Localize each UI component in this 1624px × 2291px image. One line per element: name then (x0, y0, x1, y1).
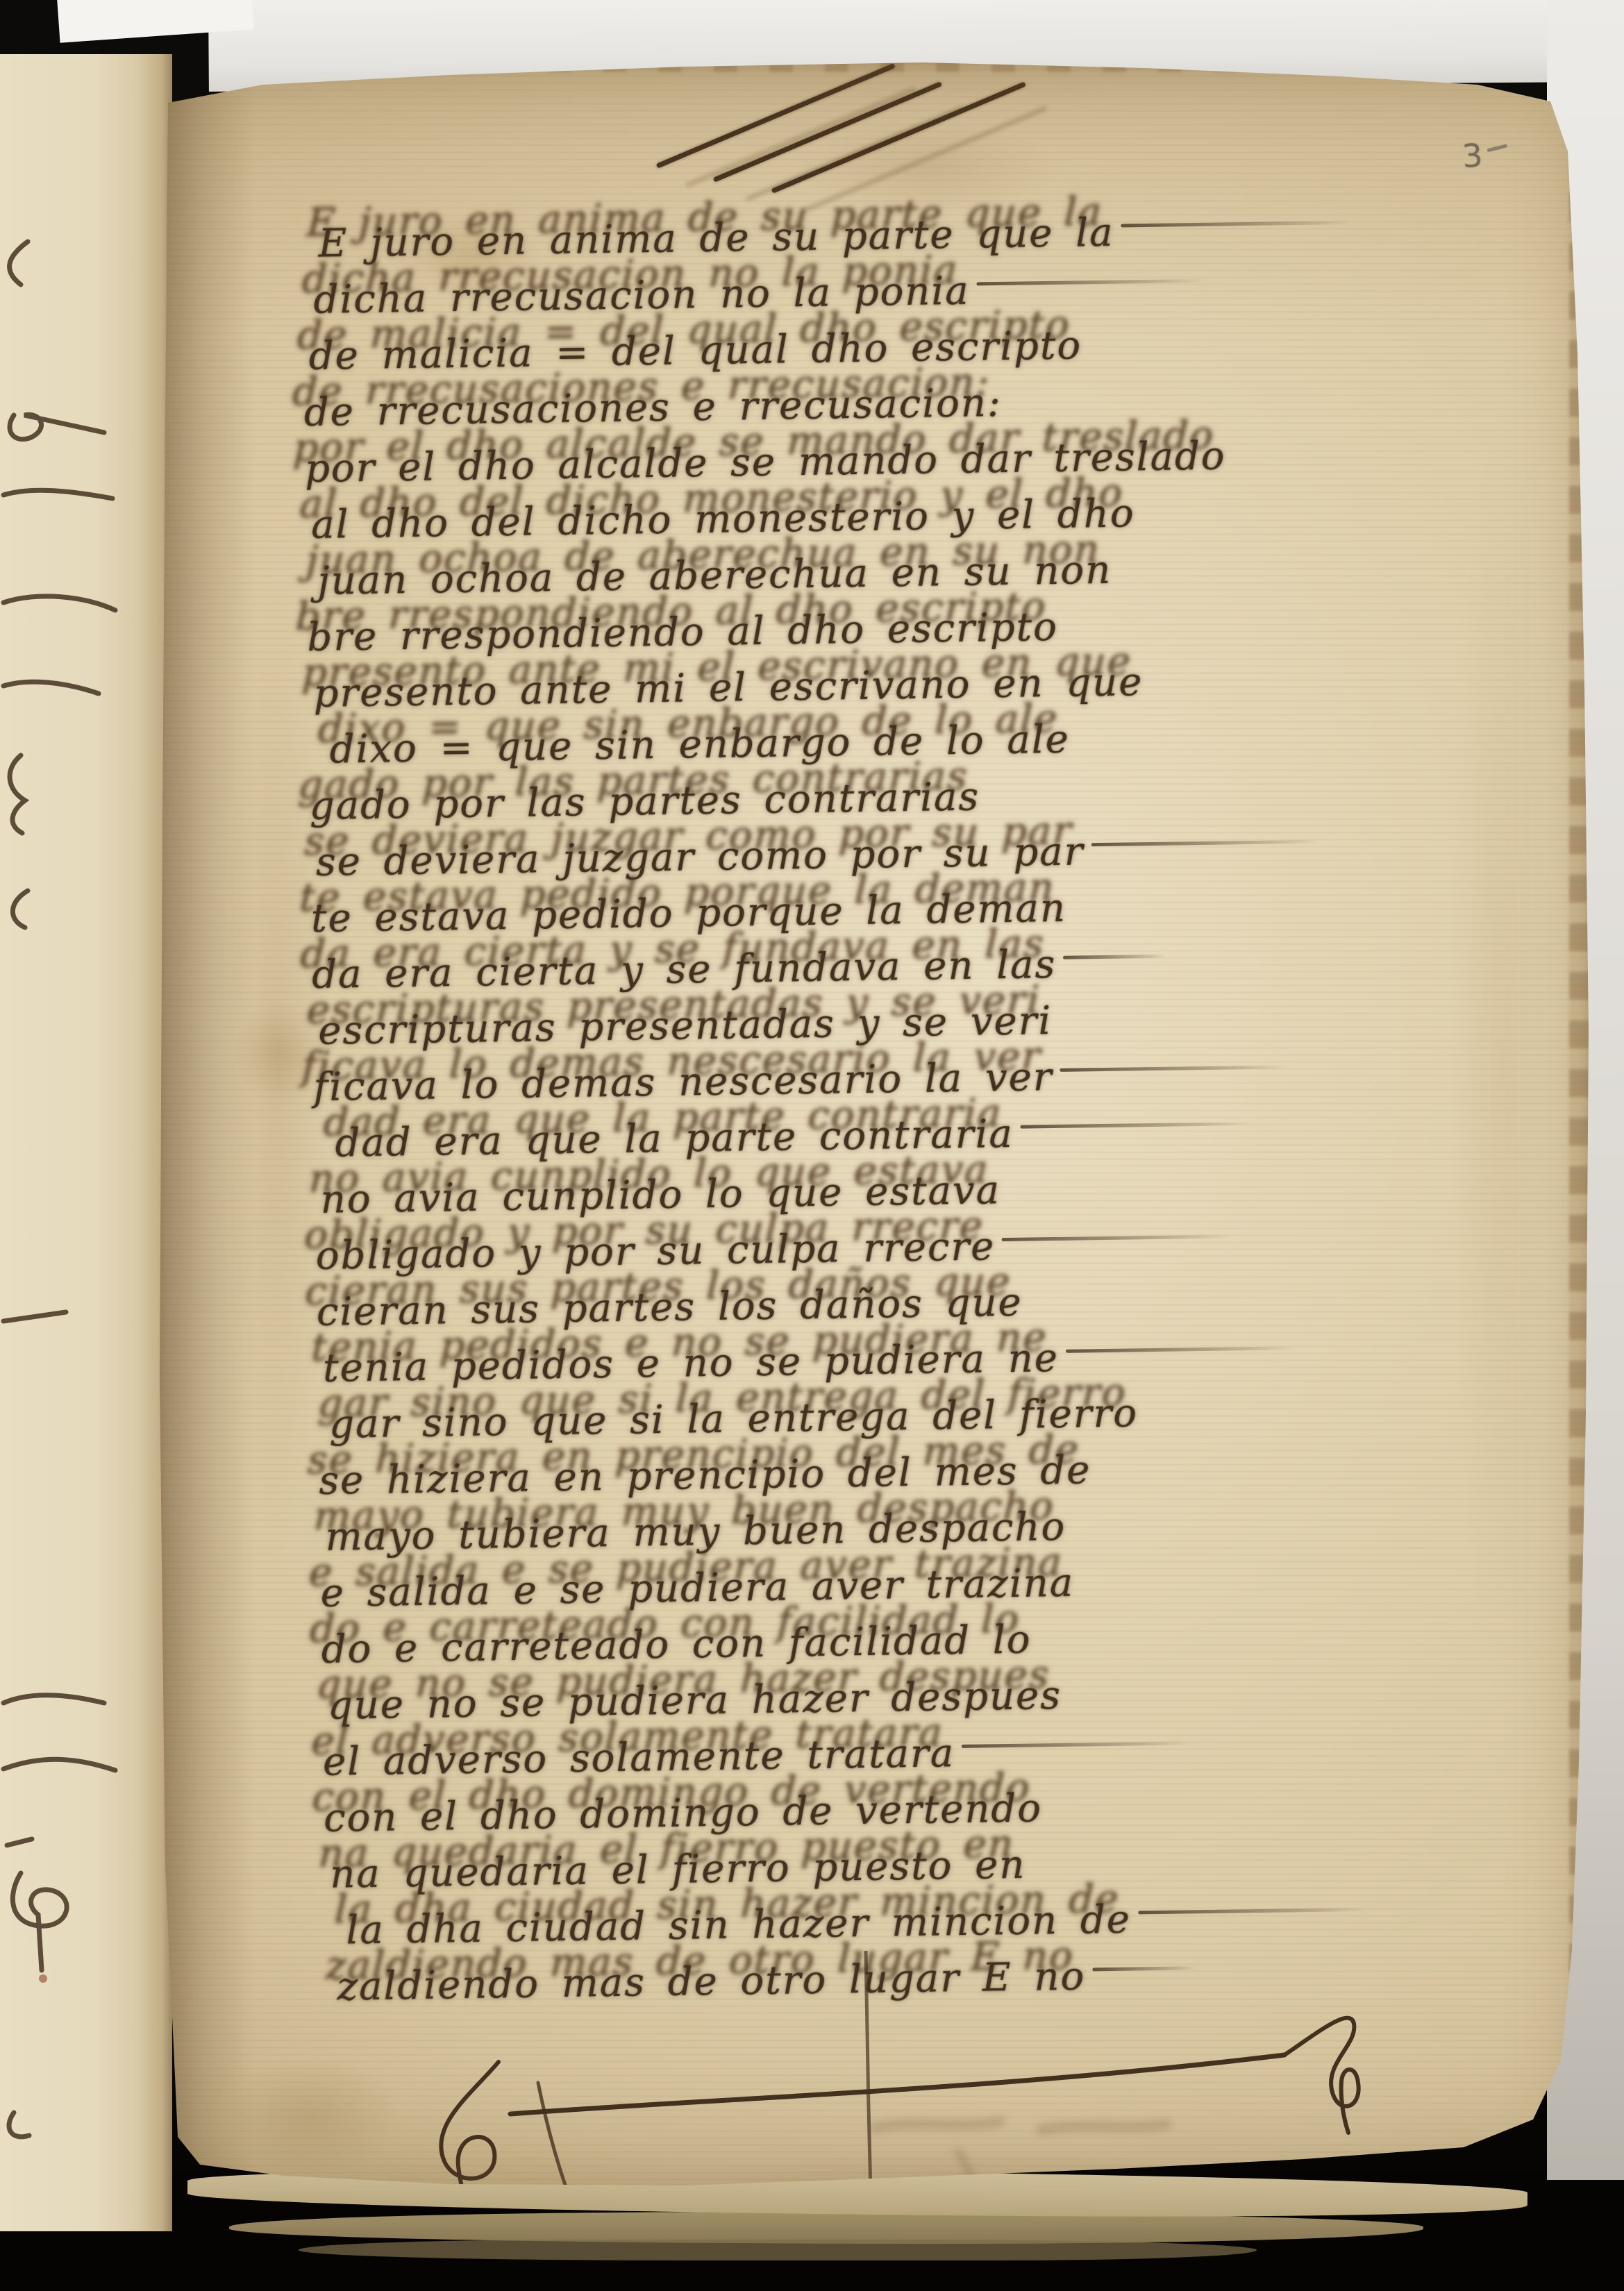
manuscript-page: 3 E juro en anima de su parte que la dic… (158, 61, 1590, 2194)
folio-number: 3 (1461, 135, 1509, 175)
manuscript-photo: 3 E juro en anima de su parte que la dic… (0, 0, 1624, 2291)
facing-page-ink-fragments (0, 54, 172, 2231)
text-block: E juro en anima de su parte que la dicha… (301, 201, 1409, 2015)
page-stack-edge (299, 2240, 1257, 2260)
paper-stain (1436, 228, 1568, 1894)
gutter-shadow (158, 61, 256, 2194)
facing-page-edge (0, 54, 172, 2231)
